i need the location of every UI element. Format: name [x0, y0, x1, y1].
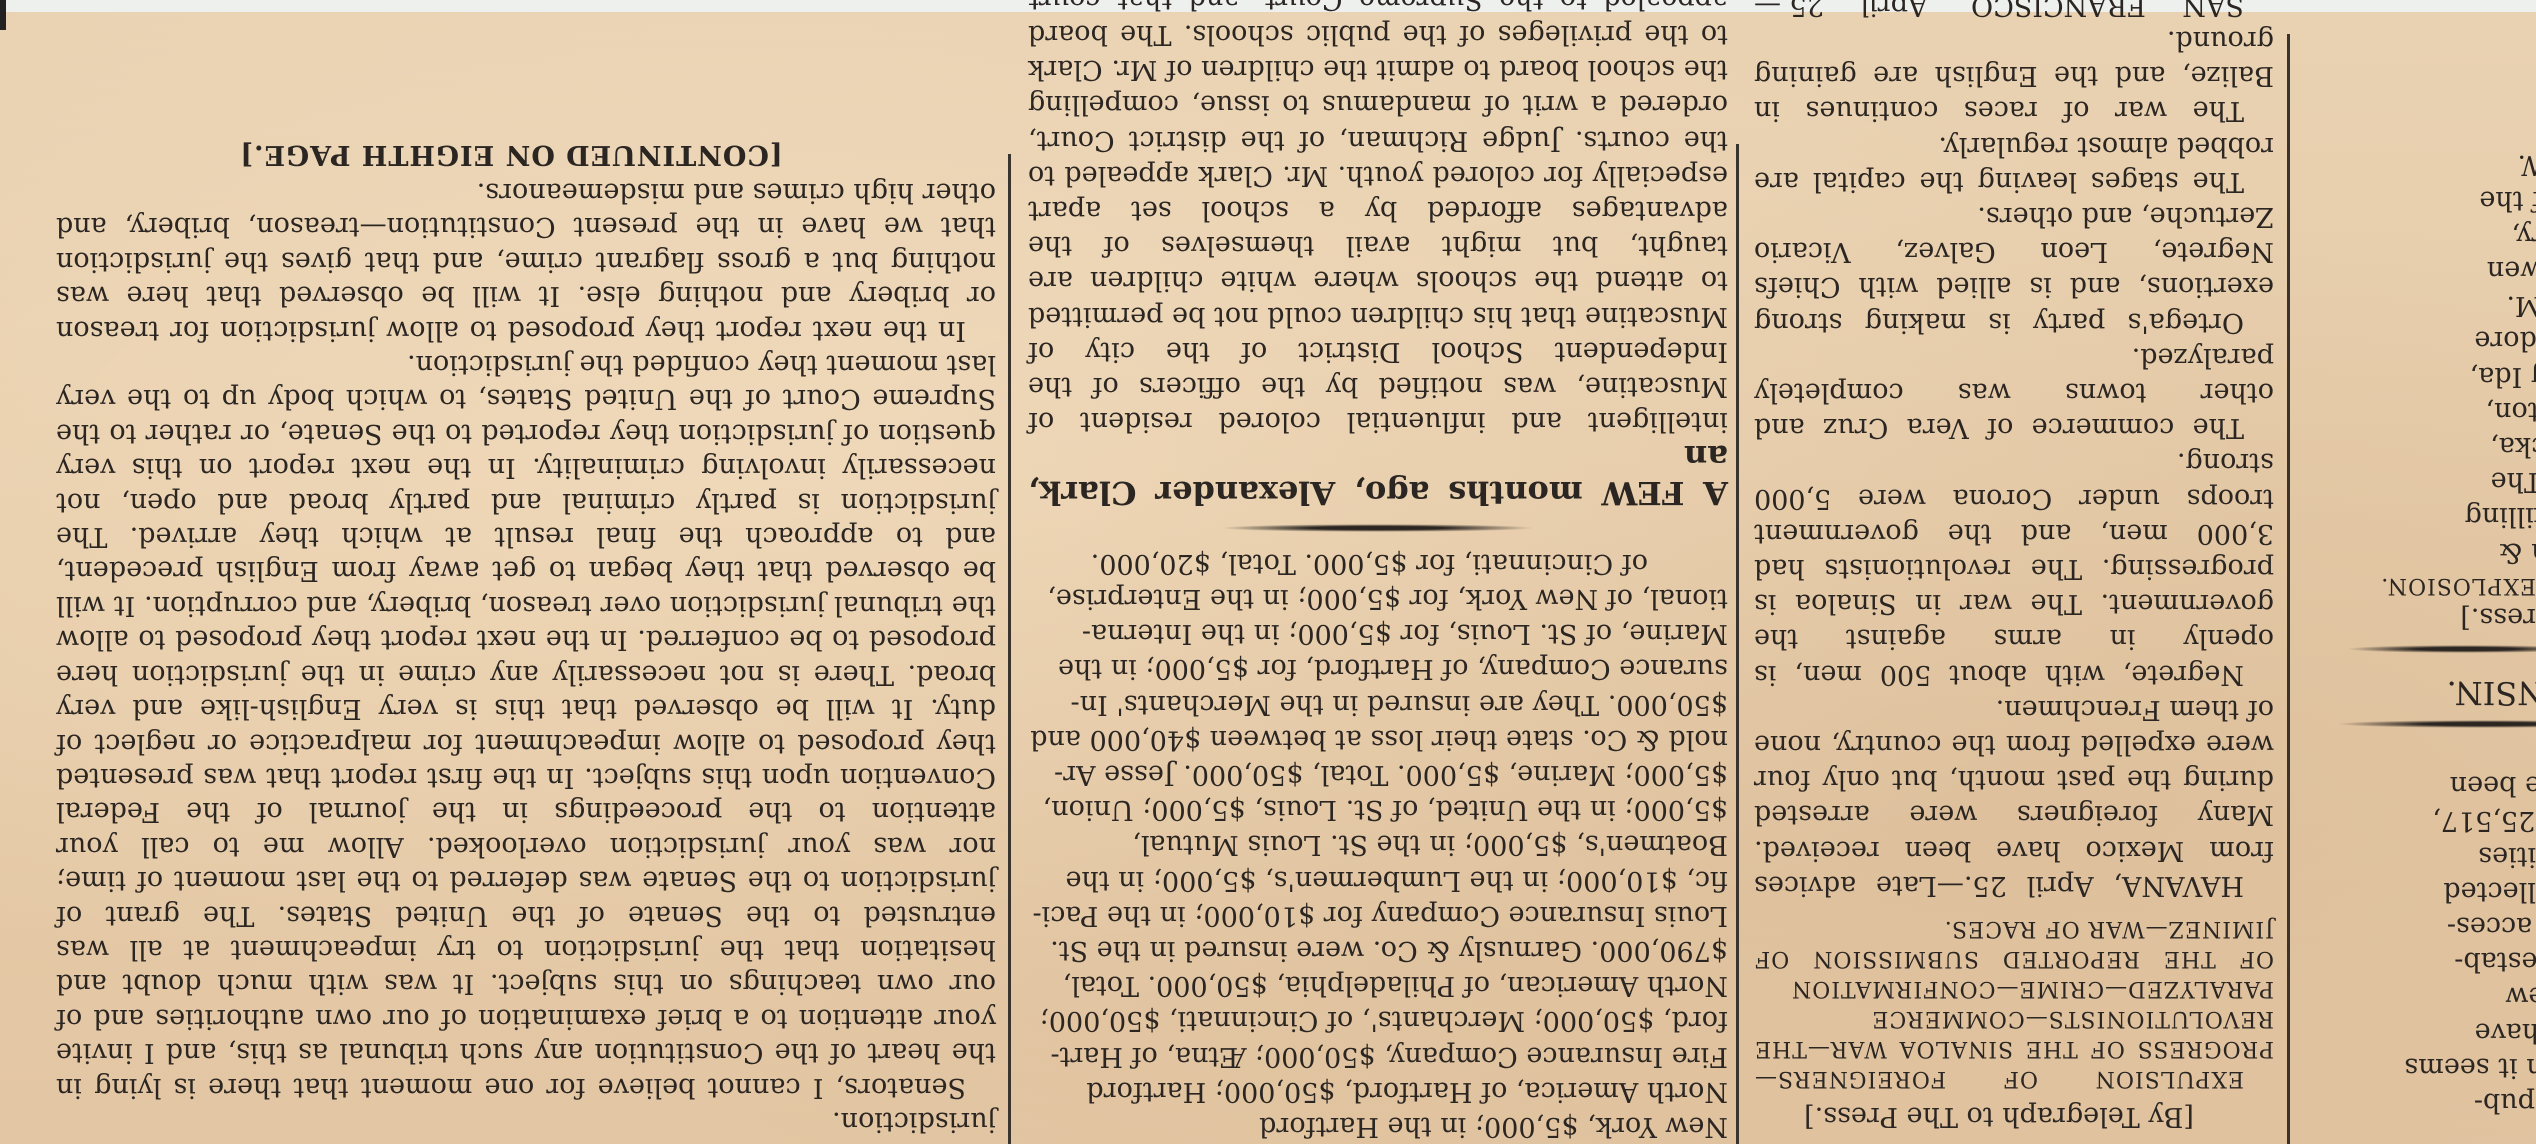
line: k, severely. Scalded, W. — [2296, 147, 2536, 182]
church-extension-text: for Church Extension pub- year 1867, fro… — [2296, 768, 2536, 1120]
paragraph: Senators, I cannot believe for one momen… — [56, 347, 996, 1104]
article-body: intelligent and influential colored resi… — [1028, 0, 1728, 439]
line: fic, $10,000; in the Lumbermen's, $5,000… — [1028, 862, 1728, 897]
section-title: CONSIN. — [2296, 675, 2536, 710]
paragraph: jurisdiction. — [56, 1104, 996, 1138]
line: wounding six others. The — [2296, 464, 2536, 499]
telegraph-credit: [By Telegraph to The Press.] — [1754, 1099, 2274, 1134]
line: e of the report were $25,517, — [2296, 803, 2536, 838]
paragraph: The commerce of Vera Cruz and other town… — [1754, 340, 2274, 446]
column-rule — [1736, 144, 1739, 1144]
section-divider — [2336, 720, 2536, 728]
paragraph: Negrete, with about 500 men, is openly i… — [1754, 445, 2274, 691]
paragraph: Ortega's party is making strong exertion… — [1754, 199, 2274, 340]
dispatch-credit: ress.] — [2296, 600, 2536, 635]
newspaper-scan: for Church Extension pub- year 1867, fro… — [0, 0, 2536, 1144]
article-lead: A FEW months ago, Alexander Clark, an — [1028, 439, 1728, 509]
paragraph: The war of races continues in Balize, an… — [1754, 23, 2274, 129]
line: 25.—A boiler in Green & — [2296, 534, 2536, 569]
line: e as follows: Julius Jecka, — [2296, 429, 2536, 464]
paragraph: In the next report they proposed to allo… — [56, 175, 996, 347]
line: five church buildings have — [2296, 1014, 2536, 1049]
column-rule — [1008, 154, 1011, 1144]
line: $5,000; Marine, $5,000. Total, $50,000. … — [1028, 757, 1728, 792]
column-clark-school-case: New York, $5,000; in the Hartford North … — [1028, 0, 1728, 1144]
line: ches strengthened by acces- — [2296, 909, 2536, 944]
line: Fire Insurance Company, $50,000; Ætna, o… — [1028, 1038, 1728, 1073]
paragraph: HAVANA, April 25.—Late advices from Mexi… — [1754, 692, 2274, 903]
line: The outstanding liabilities — [2296, 838, 2536, 873]
headline: EXPULSION OF FOREIGNERS—PROGRESS OF THE … — [1754, 913, 2274, 1093]
section-divider — [1221, 524, 1536, 532]
section-divider — [2346, 645, 2536, 653]
line: d, engineer on the tug Ida, — [2296, 358, 2536, 393]
explosion-text: 25.—A boiler in Green & xploded on April… — [2296, 112, 2536, 570]
column-senate-impeachment: jurisdiction. Senators, I cannot believe… — [56, 136, 996, 1138]
line: rles Fink, sawyer; W. M. — [2296, 288, 2536, 323]
line: Boatmen's, $5,000; in the St. Louis Mutu… — [1028, 827, 1728, 862]
line: $50,000. They are insured in the Merchan… — [1028, 686, 1728, 721]
line: tle son of Peter Vichowen — [2296, 253, 2536, 288]
line: e new mission school estab- — [2296, 944, 2536, 979]
line: $15,197 have been collected — [2296, 874, 2536, 909]
flipped-newspaper: for Church Extension pub- year 1867, fro… — [0, 0, 2536, 1144]
line: $5,000; in the United, of St. Louis, $5,… — [1028, 792, 1728, 827]
line: on, and the fireman of the — [2296, 182, 2536, 217]
line: surance Company, of Hartford, for $5,000… — [1028, 651, 1728, 686]
line: Marine, of St. Louis, for $5,000; in the… — [1028, 616, 1728, 651]
line: year 1867, from which it seems — [2296, 1050, 2536, 1085]
line: $790,000. Garnusly & Co. were insured in… — [1028, 933, 1728, 968]
paragraph: SAN FRANCISCO, April 25.—Mexican intelli… — [1754, 0, 2274, 23]
line: , or purchased, two new — [2296, 979, 2536, 1014]
line: for Church Extension pub- — [2296, 1085, 2536, 1120]
line: litional donations have been — [2296, 768, 2536, 803]
column-rule — [2287, 34, 2290, 1144]
line: en, scaler; Samuel Eaton, — [2296, 394, 2536, 429]
column-church-wisconsin: for Church Extension pub- year 1867, fro… — [2296, 112, 2536, 1120]
column-telegraph-mexico: [By Telegraph to The Press.] EXPULSION O… — [1754, 0, 2274, 1134]
continued-notice: [CONTINUED ON EIGHTH PAGE.] — [56, 136, 996, 170]
line: tional, of New York, for $5,000; in the … — [1028, 581, 1728, 616]
line: of Cincinnati, for $5,000. Total, $20,00… — [1028, 546, 1728, 581]
insurance-list: New York, $5,000; in the Hartford North … — [1028, 546, 1728, 1144]
line: ford, $50,000; Merchants', of Cincinnati… — [1028, 1003, 1728, 1038]
line: Kuntz, stranger; Theodore — [2296, 323, 2536, 358]
line: North American, of Philadelphia, $50,000… — [1028, 968, 1728, 1003]
paragraph: The stages leaving the capital are robbe… — [1754, 128, 2274, 198]
subhead: EXPLOSION. — [2296, 570, 2536, 600]
line: North America, of Hartford, $50,000; Har… — [1028, 1074, 1728, 1109]
line: xploded on April 22, killing — [2296, 499, 2536, 534]
line: Louis Insurance Company for $10,000; in … — [1028, 898, 1728, 933]
line: . Wounded, W. H. Berry, — [2296, 218, 2536, 253]
line: son. — [2296, 112, 2536, 147]
line: New York, $5,000; in the Hartford — [1028, 1109, 1728, 1144]
line: nold & Co. state their loss at between $… — [1028, 722, 1728, 757]
